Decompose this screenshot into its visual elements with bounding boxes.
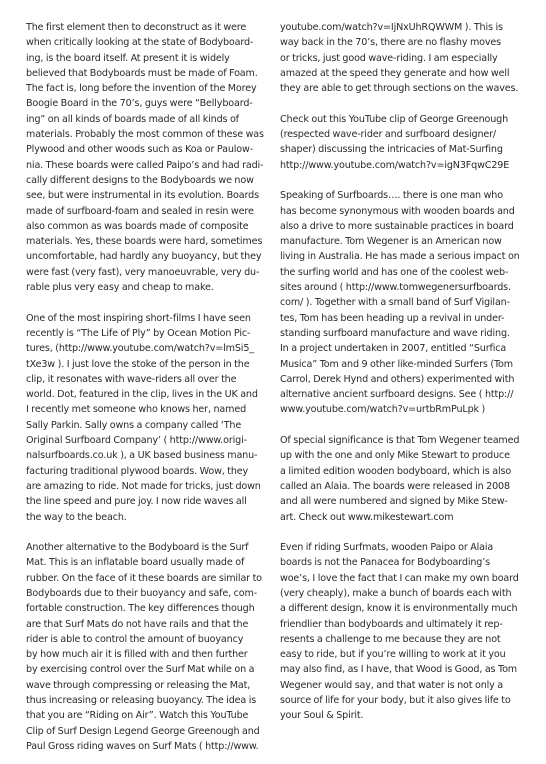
paragraph-conclusion: Even if riding Surfmats, wooden Paipo or…: [280, 540, 530, 724]
paragraph-tom-wegener: Speaking of Surfboards…. there is one ma…: [280, 188, 530, 417]
left-column: The first element then to deconstruct as…: [26, 20, 276, 764]
paragraph-surf-mat: Another alternative to the Bodyboard is …: [26, 540, 276, 754]
paragraph-greenough-clip: Check out this YouTube clip of George Gr…: [280, 112, 530, 173]
paragraph-mike-stewart: Of special significance is that Tom Wege…: [280, 433, 530, 525]
paragraph-foam-history: The first element then to deconstruct as…: [26, 20, 276, 295]
right-column: youtube.com/watch?v=IjNxUhRQWWM ). This …: [280, 20, 530, 739]
document-page: The first element then to deconstruct as…: [0, 0, 546, 764]
paragraph-life-of-ply: One of the most inspiring short-films I …: [26, 311, 276, 525]
paragraph-surf-mat-continued: youtube.com/watch?v=IjNxUhRQWWM ). This …: [280, 20, 530, 96]
